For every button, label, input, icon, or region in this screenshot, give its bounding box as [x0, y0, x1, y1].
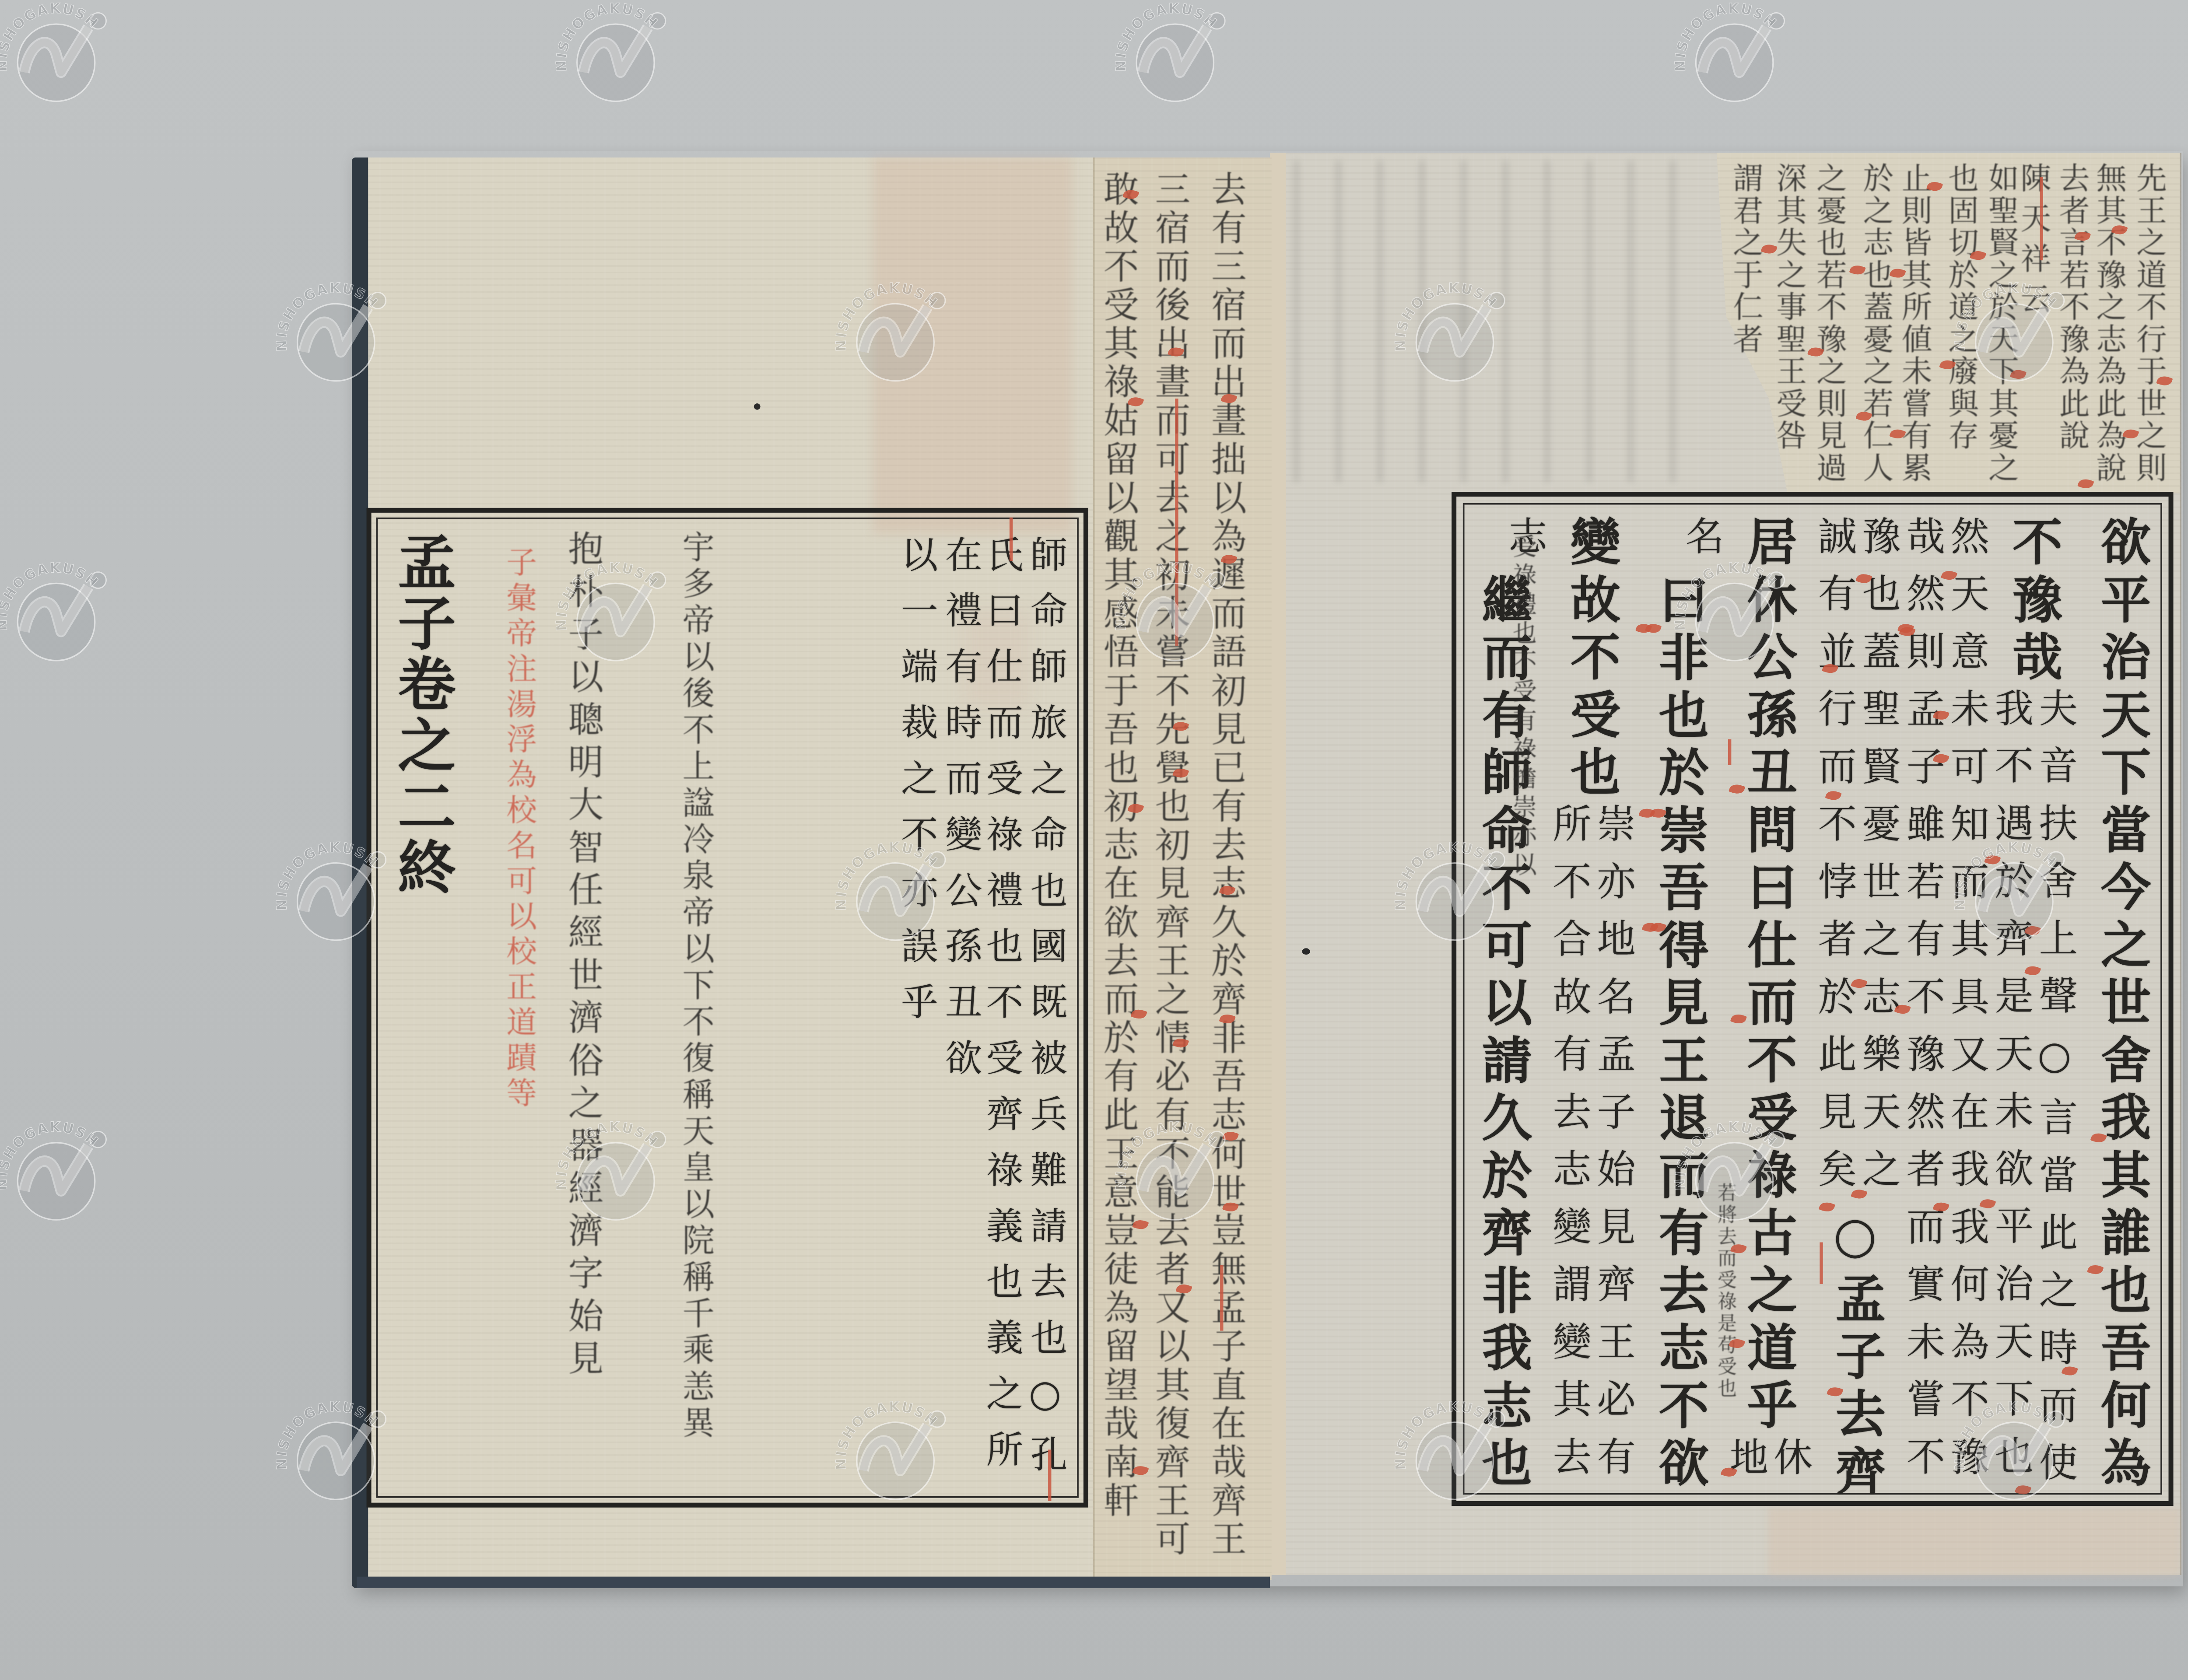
- printed-commentary-column-2: 在禮有時而變公孫丑欲 以一端裁之不亦誤乎: [892, 535, 981, 1094]
- handwritten-note: 抱朴子以聰明大智任經世濟俗之器經濟字始見: [561, 530, 603, 1382]
- commentary-double-line: 然天意未可知而其具又在我我何為不豫 哉然則孟子雖若有不豫然者而實未嘗不: [1898, 516, 1987, 1494]
- watermark-logo: NISHOGAKUSHA: [0, 1110, 121, 1239]
- watermark-logo: NISHOGAKUSHA: [551, 0, 680, 121]
- watermark-text: NISHOGAKUSHA: [551, 0, 661, 72]
- watermark-logo: NISHOGAKUSHA: [0, 0, 121, 121]
- svg-text:NISHOGAKUSHA: NISHOGAKUSHA: [1670, 0, 1780, 72]
- book-cover-bottom-edge: [357, 1577, 1270, 1588]
- commentary-double-line: 師命師旅之命也國既被兵難請去也○孔 氏曰仕而受祿禮也不受齊祿義也義之所: [977, 535, 1066, 1491]
- handwritten-note: 如聖賢之於天下其憂之: [1981, 162, 2023, 484]
- handwritten-note: 去者言若不豫為此說: [2051, 162, 2093, 451]
- printed-column-3: 然天意未可知而其具又在我我何為不豫 哉然則孟子雖若有不豫然者而實未嘗不: [1898, 516, 1987, 1494]
- watermark-logo: NISHOGAKUSHA: [1111, 0, 1239, 121]
- red-ink-line: [1220, 1265, 1223, 1331]
- ink-spot: [1302, 948, 1310, 955]
- commentary-right-line: 豫也蓋聖賢憂世之志樂天之: [1854, 516, 1898, 1206]
- main-text: ○孟子去齊: [1810, 1206, 1898, 1502]
- commentary-left-line: 誠有並行而不悖者於此見矣: [1810, 516, 1854, 1206]
- page-fold-strip: [1270, 153, 1286, 1575]
- watermark-text: NISHOGAKUSHA: [0, 1110, 102, 1190]
- interlinear-gloss: 若將去而受祿是苟受也: [1714, 1183, 1739, 1400]
- red-ink-line: [2040, 177, 2043, 260]
- watermark-text: NISHOGAKUSHA: [1111, 0, 1220, 72]
- printed-column-1: 欲平治天下當今之世舍我其誰也吾何為: [2075, 516, 2163, 1494]
- red-ink-handwritten-note: 子彙帝注湯浮為校名可以校正道蹟等: [498, 546, 540, 1112]
- svg-text:NISHOGAKUSHA: NISHOGAKUSHA: [551, 0, 661, 72]
- commentary-right-line: 然天意未可知而其具又在我我何為不豫: [1943, 516, 1987, 1494]
- commentary-right-line: 名: [1677, 516, 1722, 574]
- interlinear-gloss: 受祿禮也不受有祿擔崇亦以: [1508, 534, 1540, 881]
- commentary-double-line: 豫也蓋聖賢憂世之志樂天之 誠有並行而不悖者於此見矣: [1810, 516, 1898, 1206]
- commentary-left-line: 氏曰仕而受祿禮也不受齊祿義也義之所: [977, 535, 1021, 1491]
- ink-spot: [754, 403, 761, 410]
- printed-column-6: 名 曰非也於崇吾得見王退而有去志不欲: [1633, 516, 1722, 1494]
- watermark-text: NISHOGAKUSHA: [1670, 0, 1780, 72]
- commentary-right-line: 休: [1766, 1436, 1810, 1494]
- printed-column-7: 變故不受也 崇亦地名孟子始見齊王必有 所不合故有去志變謂變其去: [1545, 516, 1633, 1494]
- handwritten-note: 之憂也若不豫之則見過: [1809, 162, 1851, 484]
- paper-stain: [1768, 1508, 2180, 1575]
- volume-end-title: 孟子卷之二終: [392, 532, 453, 899]
- book-photo: 欲平治天下當今之世舍我其誰也吾何為 不豫哉 夫音扶舍上聲○言當此之時而使 我不遇…: [0, 0, 2188, 1680]
- red-ink-line: [1175, 399, 1178, 646]
- svg-text:NISHOGAKUSHA: NISHOGAKUSHA: [0, 0, 102, 72]
- red-ink-line: [1728, 739, 1731, 765]
- commentary-double-line: 休 地: [1722, 1436, 1810, 1494]
- watermark-logo: NISHOGAKUSHA: [0, 551, 121, 680]
- nishogakusha-logo-icon: NISHOGAKUSHA: [1111, 0, 1239, 121]
- commentary-left-line: [1456, 516, 1501, 574]
- watermark-text: NISHOGAKUSHA: [0, 551, 102, 631]
- commentary-left-line: 地: [1722, 1436, 1766, 1494]
- commentary-left-line: 所不合故有去志變謂變其去: [1545, 804, 1589, 1494]
- commentary-double-line: 夫音扶舍上聲○言當此之時而使 我不遇於齊是天未欲平治天下也: [1987, 689, 2075, 1501]
- nishogakusha-logo-icon: NISHOGAKUSHA: [0, 0, 121, 121]
- red-ink-line: [1820, 1242, 1823, 1284]
- red-ink-line: [1048, 1449, 1051, 1501]
- printed-commentary-column-1: 師命師旅之命也國既被兵難請去也○孔 氏曰仕而受祿禮也不受齊祿義也義之所: [977, 535, 1066, 1491]
- handwritten-note: 深其失之事聖王受咎: [1768, 162, 1810, 451]
- nishogakusha-logo-icon: NISHOGAKUSHA: [1670, 0, 1799, 121]
- printed-column-4: 豫也蓋聖賢憂世之志樂天之 誠有並行而不悖者於此見矣 ○孟子去齊: [1810, 516, 1898, 1502]
- main-text: 曰非也於崇吾得見王退而有去志不欲: [1633, 574, 1722, 1494]
- commentary-right-line: 崇亦地名孟子始見齊王必有: [1589, 804, 1633, 1494]
- handwritten-note: 三宿而後出晝而可去之初未嘗不先覺也初見齊王之情必有不能去者又以其復齊王可: [1148, 170, 1190, 1559]
- commentary-left-line: [1633, 516, 1677, 574]
- commentary-right-line: 師命師旅之命也國既被兵難請去也○孔: [1021, 535, 1066, 1491]
- paper-stain: [873, 157, 1073, 534]
- red-ink-line: [1010, 518, 1013, 561]
- nishogakusha-logo-icon: NISHOGAKUSHA: [0, 1110, 121, 1239]
- handwritten-note: 敢故不受其祿姑留以觀其感悟于吾也初志在欲去而於有此王意豈徒為留望哉南軒: [1096, 170, 1138, 1520]
- handwritten-note: 也固切於道之廢與存: [1940, 162, 1982, 451]
- commentary-right-line: 夫音扶舍上聲○言當此之時而使: [2031, 689, 2075, 1501]
- nishogakusha-logo-icon: NISHOGAKUSHA: [0, 551, 121, 680]
- commentary-left-line: 我不遇於齊是天未欲平治天下也: [1987, 689, 2031, 1501]
- commentary-right-line: 在禮有時而變公孫丑欲: [936, 535, 981, 1094]
- svg-text:NISHOGAKUSHA: NISHOGAKUSHA: [1111, 0, 1220, 72]
- commentary-double-line: 在禮有時而變公孫丑欲 以一端裁之不亦誤乎: [892, 535, 981, 1094]
- handwritten-note: 宇多帝以後不上諡冷泉帝以下不復稱天皇以院稱千乘恙異: [675, 530, 717, 1442]
- svg-text:NISHOGAKUSHA: NISHOGAKUSHA: [0, 551, 102, 631]
- main-text: 不豫哉: [1987, 516, 2075, 689]
- main-text: 變故不受也: [1545, 516, 1633, 804]
- handwritten-note: 去有三宿而出晝拙以為遲而語初見已有去志久於齊非吾志何世豈無孟子直在哉齊王: [1204, 170, 1246, 1559]
- watermark-logo: NISHOGAKUSHA: [1670, 0, 1799, 121]
- ink-show-through: [1294, 161, 1712, 482]
- commentary-double-line: 名: [1633, 516, 1722, 574]
- main-text: 欲平治天下當今之世舍我其誰也吾何為: [2075, 516, 2163, 1494]
- handwritten-note: 謂君之于仁者: [1725, 162, 1767, 355]
- watermark-text: NISHOGAKUSHA: [0, 0, 102, 72]
- printed-column-2: 不豫哉 夫音扶舍上聲○言當此之時而使 我不遇於齊是天未欲平治天下也: [1987, 516, 2075, 1500]
- commentary-double-line: 崇亦地名孟子始見齊王必有 所不合故有去志變謂變其去: [1545, 804, 1633, 1494]
- nishogakusha-logo-icon: NISHOGAKUSHA: [551, 0, 680, 121]
- commentary-left-line: 以一端裁之不亦誤乎: [892, 535, 936, 1094]
- svg-text:NISHOGAKUSHA: NISHOGAKUSHA: [0, 1110, 102, 1190]
